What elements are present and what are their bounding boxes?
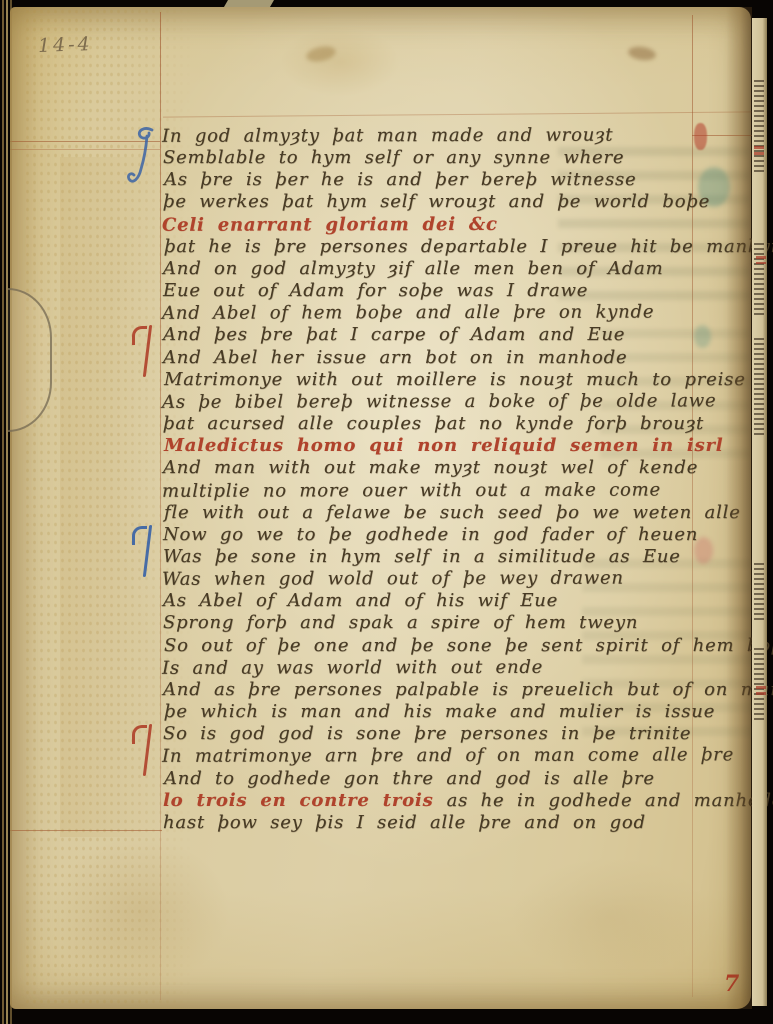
text-run-ink: as he in godhede and manhede bbox=[447, 790, 773, 811]
edge-text-marks bbox=[754, 80, 764, 175]
page-edge-streak bbox=[224, 0, 274, 7]
edge-text-marks bbox=[754, 243, 764, 318]
text-line: lo trois en contre trois as he in godhed… bbox=[163, 790, 763, 812]
text-run-ink: And as þre persones palpable is preuelic… bbox=[163, 679, 773, 700]
spine-edge-line bbox=[2, 0, 4, 1024]
page-curl-shadow bbox=[726, 7, 752, 1009]
spine-edge-line bbox=[6, 0, 8, 1024]
edge-text-marks-red bbox=[756, 256, 766, 264]
text-run-ink: multiplie no more ouer with out a make c… bbox=[162, 479, 661, 501]
facing-page-edge bbox=[752, 18, 767, 1006]
spine-edge-line bbox=[10, 0, 12, 1024]
text-line: þat he is þre persones departable I preu… bbox=[164, 236, 764, 258]
text-run-ink: In god almyȝty þat man made and wrouȝt bbox=[162, 125, 613, 147]
text-run-ink: And Abel her issue arn bot on in manhode bbox=[163, 347, 627, 368]
text-run-ink: As Abel of Adam and of his wif Eue bbox=[163, 590, 558, 611]
ink-smudge bbox=[305, 44, 337, 64]
text-run-ink: So out of þe one and þe sone þe sent spi… bbox=[164, 635, 773, 656]
text-run-ink: Was þe sone in hym self in a similitude … bbox=[163, 546, 681, 567]
text-line: And to godhede gon thre and god is alle … bbox=[164, 768, 764, 790]
text-run-ink: And Abel of hem boþe and alle þre on kyn… bbox=[162, 302, 654, 324]
text-line: multiplie no more ouer with out a make c… bbox=[162, 479, 762, 503]
text-run-ink: Eue out of Adam for soþe was I drawe bbox=[163, 280, 588, 301]
text-line: Celi enarrant gloriam dei &c bbox=[162, 213, 762, 237]
text-line: So is god god is sone þre persones in þe… bbox=[163, 723, 763, 745]
text-line: And Abel her issue arn bot on in manhode bbox=[163, 347, 763, 369]
text-run-ink: As þre is þer he is and þer bereþ witnes… bbox=[164, 169, 636, 190]
text-line: Was þe sone in hym self in a similitude … bbox=[163, 546, 763, 568]
text-run-ink: þat he is þre persones departable I preu… bbox=[164, 236, 773, 257]
text-line: þat acursed alle couples þat no kynde fo… bbox=[163, 413, 763, 435]
stain bbox=[280, 27, 400, 97]
ruling-line-top-horizontal bbox=[163, 111, 755, 117]
ruling-line-bottom-horizontal bbox=[10, 830, 162, 831]
edge-text-marks-red bbox=[756, 686, 766, 698]
text-line: Matrimonye with out moillere is nouȝt mu… bbox=[164, 369, 764, 391]
edge-text-marks-red bbox=[754, 146, 764, 156]
text-line: Sprong forþ and spak a spire of hem twey… bbox=[163, 612, 763, 634]
text-run-ink: Now go we to þe godhede in god fader of … bbox=[163, 524, 698, 545]
text-run-ink: In matrimonye arn þre and of on man come… bbox=[162, 745, 734, 767]
folio-annotation: 14-4 bbox=[38, 33, 93, 57]
text-line: So out of þe one and þe sone þe sent spi… bbox=[164, 635, 764, 657]
text-line: And þes þre þat I carpe of Adam and Eue bbox=[163, 324, 763, 346]
text-line: As Abel of Adam and of his wif Eue bbox=[163, 590, 763, 612]
edge-text-marks bbox=[754, 338, 764, 438]
text-run-ink: Was when god wold out of þe wey drawen bbox=[162, 568, 624, 590]
blue-initial-flourish bbox=[126, 125, 162, 193]
text-line: And man with out make myȝt nouȝt wel of … bbox=[163, 457, 763, 479]
text-line: Now go we to þe godhede in god fader of … bbox=[163, 524, 763, 546]
paraph-mark-blue bbox=[132, 525, 154, 577]
text-run-ink: And þes þre þat I carpe of Adam and Eue bbox=[163, 324, 625, 345]
text-line: And Abel of hem boþe and alle þre on kyn… bbox=[162, 301, 762, 325]
text-line: As þe bibel bereþ witnesse a boke of þe … bbox=[162, 390, 762, 414]
text-run-ink: hast þow sey þis I seid alle þre and on … bbox=[163, 812, 646, 833]
manuscript-photo: 14-4 7 In god almyȝty þat man made and w… bbox=[0, 0, 773, 1024]
text-run-rubric: lo trois en contre trois bbox=[163, 790, 447, 811]
text-line: Maledictus homo qui non reliquid semen i… bbox=[164, 435, 764, 457]
text-run-ink: So is god god is sone þre persones in þe… bbox=[163, 723, 691, 744]
text-line: As þre is þer he is and þer bereþ witnes… bbox=[164, 169, 764, 191]
text-run-ink: Semblable to hym self or any synne where bbox=[163, 147, 624, 168]
text-line: Was when god wold out of þe wey drawen bbox=[162, 567, 762, 591]
edge-text-marks bbox=[754, 563, 764, 623]
text-line: hast þow sey þis I seid alle þre and on … bbox=[163, 812, 763, 834]
text-line: þe werkes þat hym self wrouȝt and þe wor… bbox=[163, 191, 763, 213]
text-line: In matrimonye arn þre and of on man come… bbox=[162, 745, 762, 769]
text-column: In god almyȝty þat man made and wrouȝtSe… bbox=[163, 125, 763, 834]
text-line: Is and ay was world with out ende bbox=[162, 656, 762, 680]
text-run-ink: þe werkes þat hym self wrouȝt and þe wor… bbox=[163, 191, 710, 212]
text-run-rubric: Celi enarrant gloriam dei &c bbox=[162, 214, 498, 236]
ink-smudge bbox=[627, 45, 657, 62]
stain bbox=[510, 857, 710, 977]
text-run-ink: þe which is man and his make and mulier … bbox=[164, 701, 715, 722]
text-run-ink: þat acursed alle couples þat no kynde fo… bbox=[163, 413, 704, 434]
text-run-rubric: Maledictus homo qui non reliquid semen i… bbox=[164, 435, 723, 456]
text-line: And on god almyȝty ȝif alle men ben of A… bbox=[163, 258, 763, 280]
text-run-ink: Matrimonye with out moillere is nouȝt mu… bbox=[164, 369, 746, 390]
text-line: Eue out of Adam for soþe was I drawe bbox=[163, 280, 763, 302]
paraph-mark-red bbox=[132, 325, 154, 377]
text-line: þe which is man and his make and mulier … bbox=[164, 701, 764, 723]
text-line: And as þre persones palpable is preuelic… bbox=[163, 679, 763, 701]
paraph-mark-red bbox=[132, 724, 154, 776]
text-run-ink: fle with out a felawe be such seed þo we… bbox=[164, 502, 741, 523]
text-run-ink: Sprong forþ and spak a spire of hem twey… bbox=[163, 612, 638, 633]
text-run-ink: As þe bibel bereþ witnesse a boke of þe … bbox=[162, 390, 716, 412]
text-run-ink: And to godhede gon thre and god is alle … bbox=[164, 768, 655, 789]
text-line: Semblable to hym self or any synne where bbox=[163, 147, 763, 169]
text-run-ink: And man with out make myȝt nouȝt wel of … bbox=[163, 457, 698, 478]
text-run-ink: Is and ay was world with out ende bbox=[162, 657, 543, 679]
text-line: In god almyȝty þat man made and wrouȝt bbox=[162, 124, 762, 148]
text-line: fle with out a felawe be such seed þo we… bbox=[164, 502, 764, 524]
text-run-ink: And on god almyȝty ȝif alle men ben of A… bbox=[163, 258, 663, 279]
